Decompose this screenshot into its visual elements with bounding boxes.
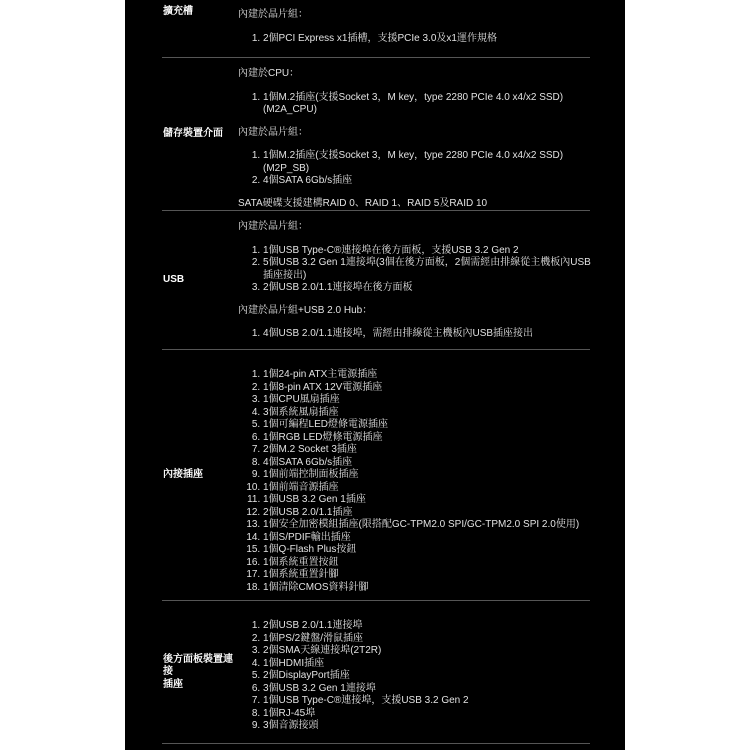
spec-row-expansion-slots: 擴充槽 內建於晶片組： 2個PCI Express x1插槽，支援PCIe 3.…: [125, 0, 625, 58]
spec-item: 5個USB 3.2 Gen 1連接埠(3個在後方面板，2個需經由排線從主機板內U…: [263, 257, 599, 282]
spec-subheader: 內建於晶片組：: [238, 127, 599, 140]
spec-item: 2個SMA天線連接埠(2T2R): [263, 645, 599, 658]
row-content-expansion-slots: 內建於晶片組： 2個PCI Express x1插槽，支援PCIe 3.0及x1…: [238, 0, 625, 58]
spec-row-usb: USB 內建於晶片組： 1個USB Type-C®連接埠在後方面板，支援USB …: [125, 211, 625, 350]
spec-item: 4個SATA 6Gb/s插座: [263, 175, 599, 188]
spec-row-internal-connectors: 內接插座 1個24-pin ATX主電源插座 1個8-pin ATX 12V電源…: [125, 350, 625, 601]
row-label-expansion-slots: 擴充槽: [125, 0, 238, 19]
spec-item: 1個PS/2鍵盤/滑鼠插座: [263, 633, 599, 646]
spec-subheader: 內建於CPU：: [238, 68, 599, 81]
spec-item: 3個系統風扇插座: [263, 407, 599, 420]
row-label-storage-interface: 儲存裝置介面: [125, 128, 238, 141]
spec-item: 1個CPU風扇插座: [263, 394, 599, 407]
row-content-usb: 內建於晶片組： 1個USB Type-C®連接埠在後方面板，支援USB 3.2 …: [238, 211, 625, 350]
page: 擴充槽 內建於晶片組： 2個PCI Express x1插槽，支援PCIe 3.…: [0, 0, 750, 750]
spec-item: 1個USB 3.2 Gen 1插座: [263, 494, 599, 507]
spec-list: 2個PCI Express x1插槽，支援PCIe 3.0及x1運作規格: [238, 33, 599, 46]
spec-item: 1個前端控制面板插座: [263, 469, 599, 482]
row-label-usb: USB: [125, 274, 238, 287]
spec-item: 1個系統重置按鈕: [263, 557, 599, 570]
row-label-internal-connectors: 內接插座: [125, 469, 238, 482]
spec-item: 3個音源接頭: [263, 720, 599, 733]
row-content-storage-interface: 內建於CPU： 1個M.2插座(支援Socket 3，M key，type 22…: [238, 58, 625, 211]
spec-item: 2個M.2 Socket 3插座: [263, 444, 599, 457]
row-content-rear-panel-connectors: 2個USB 2.0/1.1連接埠 1個PS/2鍵盤/滑鼠插座 2個SMA天線連接…: [238, 601, 625, 744]
spec-item: 1個S/PDIF輸出插座: [263, 532, 599, 545]
spec-subheader: 內建於晶片組：: [238, 9, 599, 22]
row-content-internal-connectors: 1個24-pin ATX主電源插座 1個8-pin ATX 12V電源插座 1個…: [238, 350, 625, 601]
spec-table: 擴充槽 內建於晶片組： 2個PCI Express x1插槽，支援PCIe 3.…: [125, 0, 625, 750]
spec-list: 1個M.2插座(支援Socket 3，M key，type 2280 PCIe …: [238, 150, 599, 188]
spec-item: 4個SATA 6Gb/s插座: [263, 457, 599, 470]
spec-list: 1個M.2插座(支援Socket 3，M key，type 2280 PCIe …: [238, 92, 599, 117]
row-label-rear-panel-connectors: 後方面板裝置連接 插座: [125, 654, 238, 692]
spec-item: 4個USB 2.0/1.1連接埠，需經由排線從主機板內USB插座接出: [263, 328, 599, 341]
spec-list: 4個USB 2.0/1.1連接埠，需經由排線從主機板內USB插座接出: [238, 328, 599, 341]
spec-item: 1個M.2插座(支援Socket 3，M key，type 2280 PCIe …: [263, 150, 599, 175]
spec-row-rear-panel-connectors: 後方面板裝置連接 插座 2個USB 2.0/1.1連接埠 1個PS/2鍵盤/滑鼠…: [125, 601, 625, 744]
spec-item: 1個HDMI插座: [263, 658, 599, 671]
spec-item: 2個DisplayPort插座: [263, 670, 599, 683]
spec-item: 3個USB 3.2 Gen 1連接埠: [263, 683, 599, 696]
spec-item: 1個USB Type-C®連接埠在後方面板，支援USB 3.2 Gen 2: [263, 245, 599, 258]
spec-subheader: 內建於晶片組+USB 2.0 Hub：: [238, 305, 599, 318]
spec-item: 1個24-pin ATX主電源插座: [263, 369, 599, 382]
spec-item: 2個USB 2.0/1.1連接埠: [263, 620, 599, 633]
spec-list: 1個USB Type-C®連接埠在後方面板，支援USB 3.2 Gen 2 5個…: [238, 245, 599, 295]
spec-subheader: 內建於晶片組：: [238, 221, 599, 234]
spec-item: 1個Q-Flash Plus按鈕: [263, 544, 599, 557]
spec-note: SATA硬碟支援建構RAID 0、RAID 1、RAID 5及RAID 10: [238, 198, 599, 211]
spec-item: 1個8-pin ATX 12V電源插座: [263, 382, 599, 395]
spec-item: 1個可編程LED燈條電源插座: [263, 419, 599, 432]
spec-item: 1個清除CMOS資料針腳: [263, 582, 599, 595]
spec-list: 1個24-pin ATX主電源插座 1個8-pin ATX 12V電源插座 1個…: [238, 369, 599, 594]
section-divider: [162, 743, 590, 744]
spec-item: 2個USB 2.0/1.1連接埠在後方面板: [263, 282, 599, 295]
spec-item: 1個安全加密模組插座(限搭配GC-TPM2.0 SPI/GC-TPM2.0 SP…: [263, 519, 599, 532]
spec-list: 2個USB 2.0/1.1連接埠 1個PS/2鍵盤/滑鼠插座 2個SMA天線連接…: [238, 620, 599, 733]
spec-item: 1個RGB LED燈條電源插座: [263, 432, 599, 445]
spec-item: 1個USB Type-C®連接埠，支援USB 3.2 Gen 2: [263, 695, 599, 708]
spec-item: 2個PCI Express x1插槽，支援PCIe 3.0及x1運作規格: [263, 33, 599, 46]
spec-item: 1個系統重置針腳: [263, 569, 599, 582]
spec-item: 1個RJ-45埠: [263, 708, 599, 721]
spec-item: 1個M.2插座(支援Socket 3，M key，type 2280 PCIe …: [263, 92, 599, 117]
spec-item: 1個前端音源插座: [263, 482, 599, 495]
spec-item: 2個USB 2.0/1.1插座: [263, 507, 599, 520]
spec-row-storage-interface: 儲存裝置介面 內建於CPU： 1個M.2插座(支援Socket 3，M key，…: [125, 58, 625, 211]
